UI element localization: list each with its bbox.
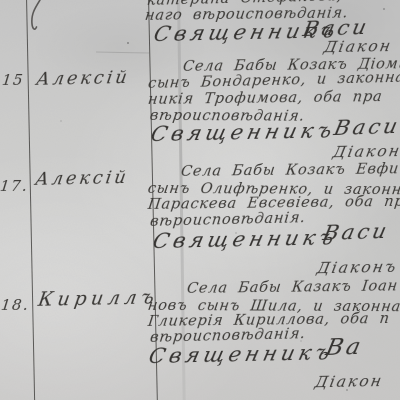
paper-crease-horizontal xyxy=(96,52,150,54)
ink-specks xyxy=(0,0,2,2)
priest-signature: Священникъ xyxy=(149,118,339,146)
entry-name: Кириллъ xyxy=(37,286,161,311)
register-page: катерина Стефанова, оба пра наго вѣроисп… xyxy=(0,0,400,400)
entry-text-line: Села Бабы Казакъ Іоан xyxy=(186,278,399,297)
entry-number: 15 xyxy=(1,71,25,89)
priest-signature-name: Ва xyxy=(323,334,365,361)
entry-text-line: Села Бабы Козакъ Евфи xyxy=(180,161,400,180)
deacon-label: Діакон xyxy=(331,142,400,161)
priest-signature: Священникъ xyxy=(151,225,341,253)
priest-signature-name: Васи xyxy=(321,219,392,245)
entry-name: Алексій xyxy=(35,68,131,90)
entry-number: 18. xyxy=(0,296,30,314)
deacon-label: Діаконъ xyxy=(315,258,399,277)
entry-text-line: никія Трофимова, оба пра xyxy=(147,89,384,108)
entry-name: Алексій xyxy=(34,168,130,190)
priest-signature: Священникъ xyxy=(147,340,337,368)
entry-number: 17. xyxy=(0,177,29,195)
column-rule-number xyxy=(26,0,36,400)
deacon-label: Діакон xyxy=(322,37,393,56)
handwriting-tail-stroke xyxy=(0,0,60,40)
priest-signature-name: Васи xyxy=(332,114,400,140)
deacon-label: Діакон xyxy=(313,372,384,391)
